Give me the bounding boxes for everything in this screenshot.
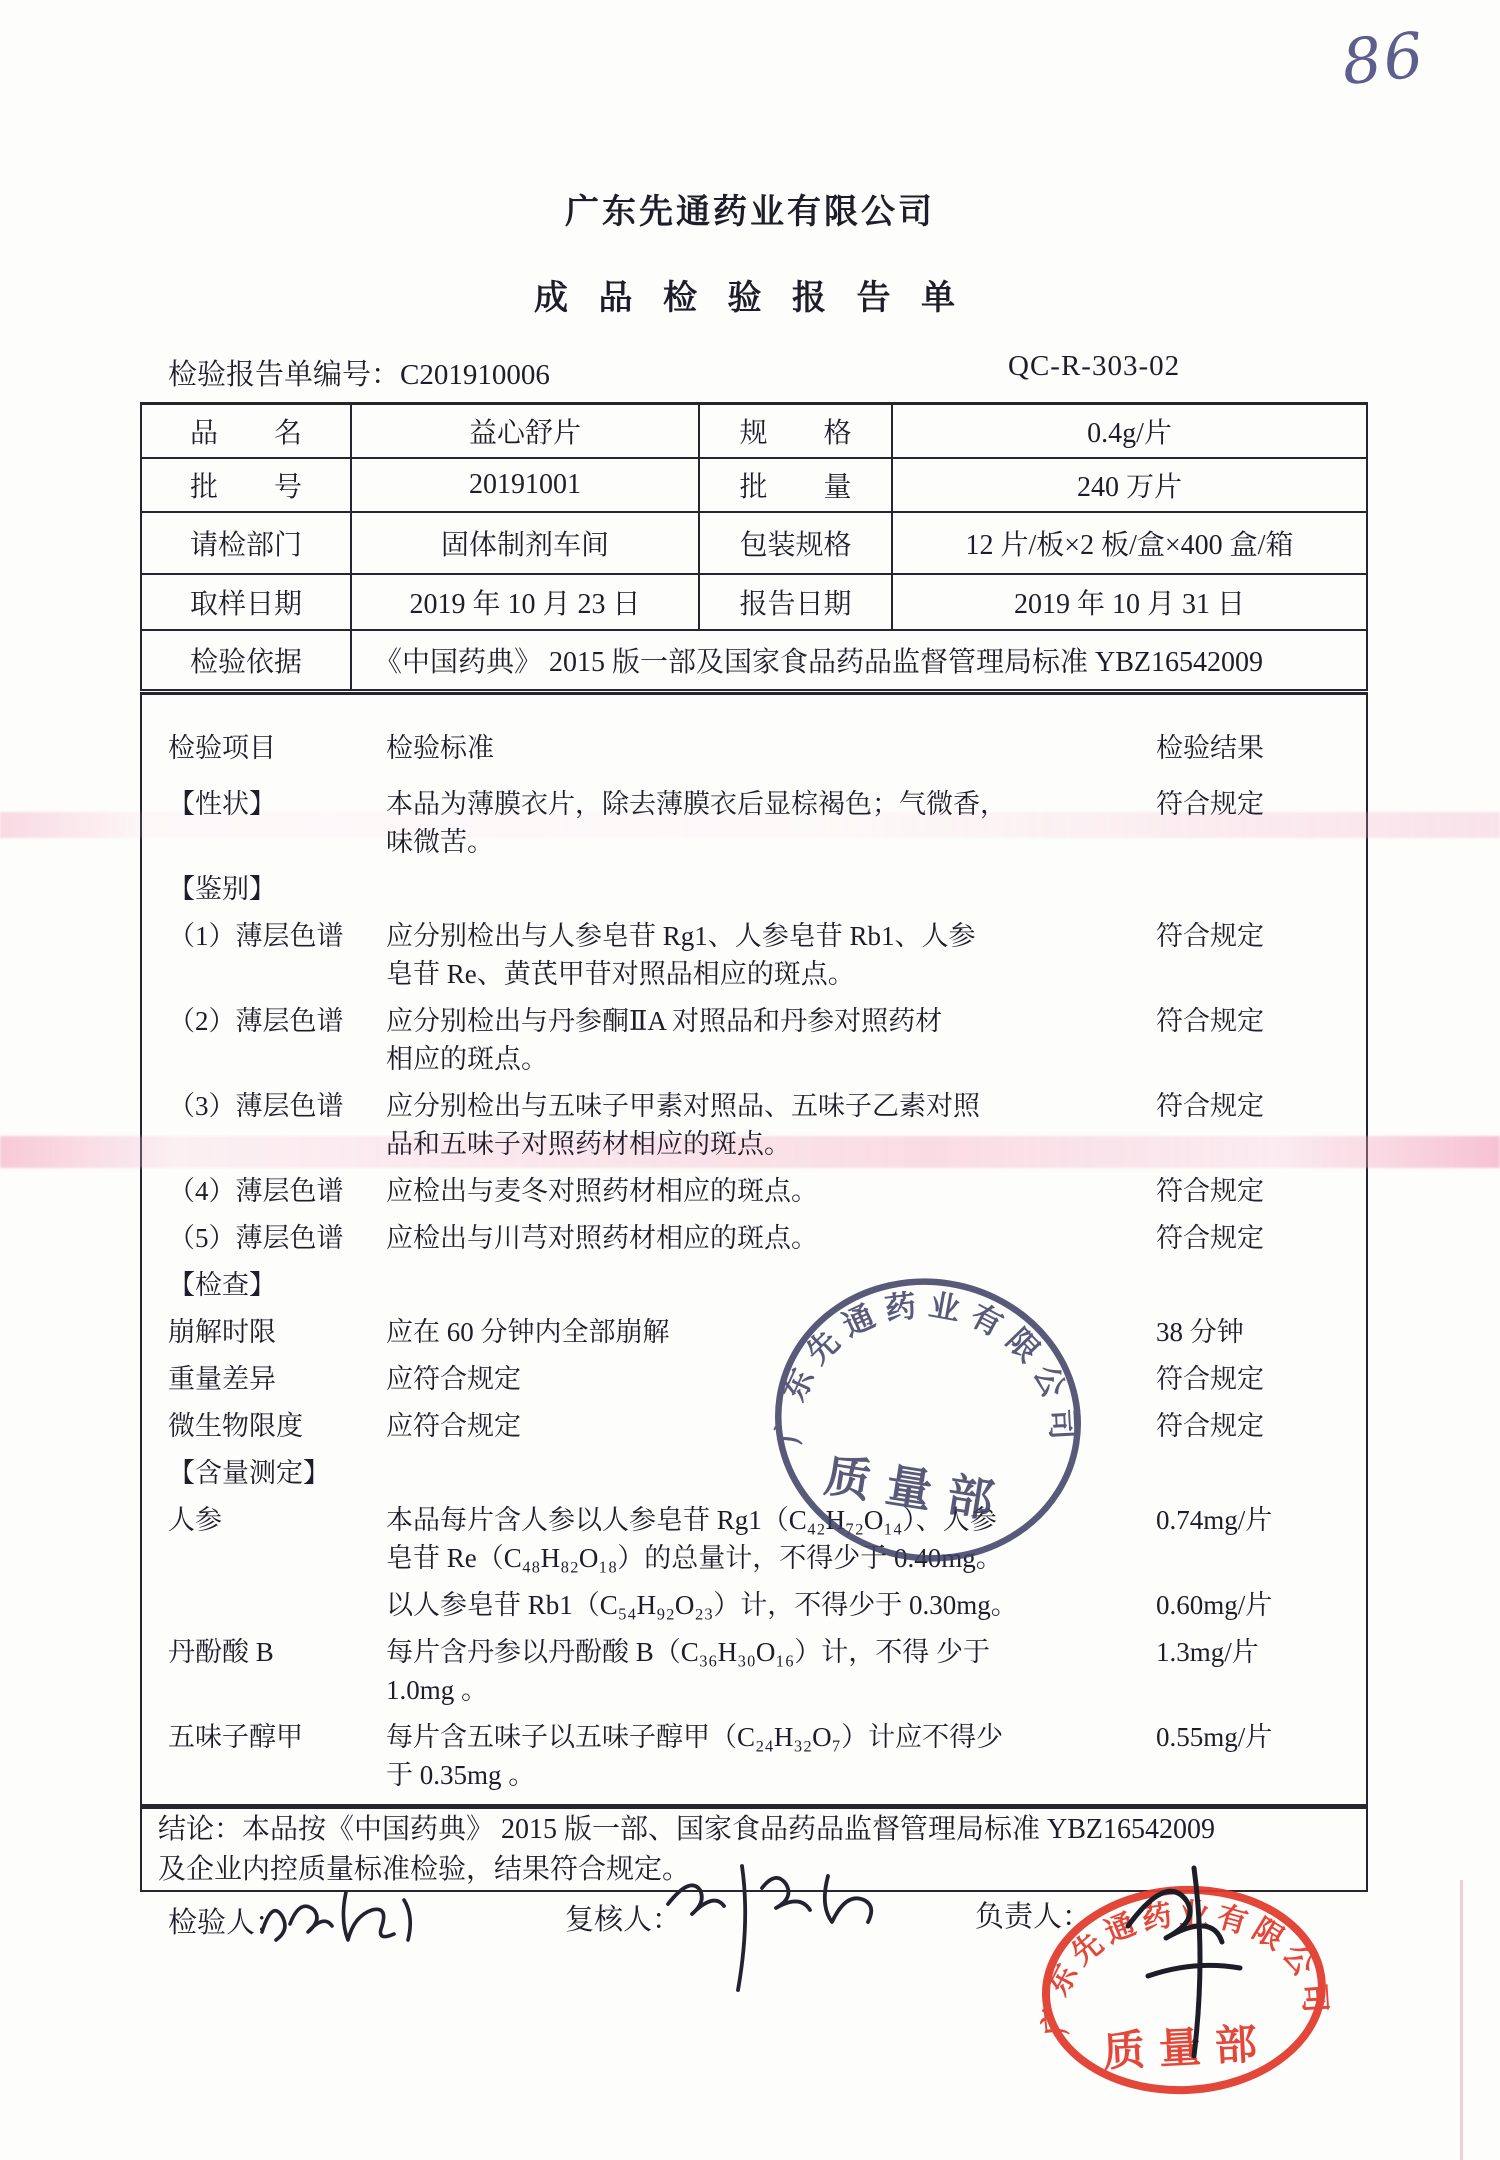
inspection-row: 【鉴别】 bbox=[168, 870, 1350, 908]
inspection-row: （1）薄层色谱 应分别检出与人参皂苷 Rg1、人参皂苷 Rb1、人参 皂苷 Re… bbox=[168, 917, 1350, 993]
report-number-label: 检验报告单编号： bbox=[168, 359, 400, 391]
inspection-result: 1.3mg/片 bbox=[1146, 1633, 1350, 1671]
inspection-row: 以人参皂苷 Rb1（C₅₄H₉₂O₂₃）计，不得少于 0.30mg。 0.60m… bbox=[168, 1586, 1350, 1624]
document-page: 86 广东先通药业有限公司 成 品 检 验 报 告 单 检验报告单编号：C201… bbox=[0, 0, 1500, 2160]
inspection-standard: 本品为薄膜衣片，除去薄膜衣后显棕褐色；气微香， 味微苦。 bbox=[386, 785, 1146, 861]
info-label-cell: 取样日期 bbox=[142, 575, 352, 629]
inspection-item: （2）薄层色谱 bbox=[168, 1002, 386, 1040]
conclusion-text: 结论：本品按《中国药典》 2015 版一部、国家食品药品监督管理局标准 YBZ1… bbox=[158, 1814, 1215, 1885]
inspection-item: 【含量测定】 bbox=[168, 1454, 386, 1492]
inspection-standard: 检验标准 bbox=[386, 729, 1146, 767]
info-label-cell: 规 格 bbox=[700, 405, 893, 457]
info-value-cell: 2019 年 10 月 23 日 bbox=[352, 575, 700, 629]
inspection-item: 微生物限度 bbox=[168, 1407, 386, 1445]
inspection-item: 五味子醇甲 bbox=[168, 1718, 386, 1756]
inspection-result: 符合规定 bbox=[1146, 1407, 1350, 1445]
inspection-result: 符合规定 bbox=[1146, 1002, 1350, 1040]
handwritten-page-number: 86 bbox=[1338, 18, 1428, 99]
inspection-standard: 应检出与川芎对照药材相应的斑点。 bbox=[386, 1219, 1146, 1257]
inspection-item: （1）薄层色谱 bbox=[168, 917, 386, 955]
info-table-row: 检验依据 《中国药典》 2015 版一部及国家食品药品监督管理局标准 YBZ16… bbox=[142, 629, 1366, 689]
inspection-result: 符合规定 bbox=[1146, 1360, 1350, 1398]
inspection-item: 【性状】 bbox=[168, 785, 386, 823]
info-value-cell: 12 片/板×2 板/盒×400 盒/箱 bbox=[893, 513, 1366, 573]
inspection-result: 符合规定 bbox=[1146, 1172, 1350, 1210]
inspection-row: （3）薄层色谱 应分别检出与五味子甲素对照品、五味子乙素对照 品和五味子对照药材… bbox=[168, 1087, 1350, 1163]
report-title: 成 品 检 验 报 告 单 bbox=[0, 270, 1500, 319]
inspection-item: 【检查】 bbox=[168, 1266, 386, 1304]
inspection-result: 符合规定 bbox=[1146, 1219, 1350, 1257]
info-table-row: 取样日期 2019 年 10 月 23 日 报告日期 2019 年 10 月 3… bbox=[142, 573, 1366, 629]
inspection-standard: 每片含丹参以丹酚酸 B（C₃₆H₃₀O₁₆）计，不得 少于 1.0mg 。 bbox=[386, 1633, 1146, 1709]
inspection-item: 丹酚酸 B bbox=[168, 1633, 386, 1671]
inspection-row: 丹酚酸 B 每片含丹参以丹酚酸 B（C₃₆H₃₀O₁₆）计，不得 少于 1.0m… bbox=[168, 1633, 1350, 1709]
info-label-cell: 报告日期 bbox=[700, 575, 893, 629]
info-value-cell: 固体制剂车间 bbox=[352, 513, 700, 573]
inspection-row: （4）薄层色谱 应检出与麦冬对照药材相应的斑点。 符合规定 bbox=[168, 1172, 1350, 1210]
info-value-cell: 益心舒片 bbox=[352, 405, 700, 457]
inspection-result: 符合规定 bbox=[1146, 1087, 1350, 1125]
inspection-item: （4）薄层色谱 bbox=[168, 1172, 386, 1210]
inspection-standard: 每片含五味子以五味子醇甲（C₂₄H₃₂O₇）计应不得少 于 0.35mg 。 bbox=[386, 1718, 1146, 1794]
svg-text:广东先通药业有限公司: 广东先通药业有限公司 bbox=[767, 1265, 1102, 1491]
inspection-standard: 应分别检出与人参皂苷 Rg1、人参皂苷 Rb1、人参 皂苷 Re、黄芪甲苷对照品… bbox=[386, 917, 1146, 993]
inspection-item: （5）薄层色谱 bbox=[168, 1219, 386, 1257]
info-label-cell: 批 量 bbox=[700, 459, 893, 511]
info-label-cell: 检验依据 bbox=[142, 631, 352, 689]
info-label-cell: 品 名 bbox=[142, 405, 352, 457]
inspection-result: 0.60mg/片 bbox=[1146, 1586, 1350, 1624]
inspection-row: （5）薄层色谱 应检出与川芎对照药材相应的斑点。 符合规定 bbox=[168, 1219, 1350, 1257]
inspection-result: 符合规定 bbox=[1146, 785, 1350, 823]
inspection-result: 38 分钟 bbox=[1146, 1313, 1350, 1351]
inspection-standard: 以人参皂苷 Rb1（C₅₄H₉₂O₂₃）计，不得少于 0.30mg。 bbox=[386, 1586, 1146, 1624]
approver-signature bbox=[1090, 1856, 1330, 2076]
inspection-item: 重量差异 bbox=[168, 1360, 386, 1398]
info-table-row: 批 号 20191001 批 量 240 万片 bbox=[142, 457, 1366, 511]
inspection-result: 0.74mg/片 bbox=[1146, 1501, 1350, 1539]
form-code: QC-R-303-02 bbox=[1008, 350, 1180, 383]
inspection-result: 0.55mg/片 bbox=[1146, 1718, 1350, 1756]
scan-artifact-edge-line bbox=[1460, 1880, 1463, 2160]
inspection-standard: 应检出与麦冬对照药材相应的斑点。 bbox=[386, 1172, 1146, 1210]
info-value-cell: 20191001 bbox=[352, 459, 700, 511]
inspection-standard: 应分别检出与丹参酮ⅡA 对照品和丹参对照药材 相应的斑点。 bbox=[386, 1002, 1146, 1078]
info-value-cell: 0.4g/片 bbox=[893, 405, 1366, 457]
info-value-cell: 《中国药典》 2015 版一部及国家食品药品监督管理局标准 YBZ1654200… bbox=[352, 631, 1366, 689]
info-table-row: 请检部门 固体制剂车间 包装规格 12 片/板×2 板/盒×400 盒/箱 bbox=[142, 511, 1366, 573]
company-title: 广东先通药业有限公司 bbox=[0, 184, 1500, 233]
product-info-table: 品 名 益心舒片 规 格 0.4g/片 批 号 20191001 批 量 240… bbox=[140, 402, 1368, 691]
inspection-item: （3）薄层色谱 bbox=[168, 1087, 386, 1125]
inspection-result: 符合规定 bbox=[1146, 917, 1350, 955]
info-value-cell: 2019 年 10 月 31 日 bbox=[893, 575, 1366, 629]
info-label-cell: 包装规格 bbox=[700, 513, 893, 573]
info-label-cell: 请检部门 bbox=[142, 513, 352, 573]
report-number-value: C201910006 bbox=[400, 359, 550, 391]
inspection-result: 检验结果 bbox=[1146, 729, 1350, 767]
quality-dept-stamp-blue: 广东先通药业有限公司 质量部 bbox=[738, 1244, 1117, 1597]
inspection-item: 检验项目 bbox=[168, 729, 386, 767]
inspection-row: 重量差异 应符合规定 符合规定 bbox=[168, 1360, 1350, 1398]
inspection-row: 崩解时限 应在 60 分钟内全部崩解 38 分钟 bbox=[168, 1313, 1350, 1351]
stamp-dept-text: 质量部 bbox=[821, 1450, 1013, 1529]
inspection-standard: 应分别检出与五味子甲素对照品、五味子乙素对照 品和五味子对照药材相应的斑点。 bbox=[386, 1087, 1146, 1163]
report-number-line: 检验报告单编号：C201910006 bbox=[168, 352, 550, 393]
inspection-item: 崩解时限 bbox=[168, 1313, 386, 1351]
inspection-row: 【性状】 本品为薄膜衣片，除去薄膜衣后显棕褐色；气微香， 味微苦。 符合规定 bbox=[168, 785, 1350, 861]
inspection-row: 【检查】 bbox=[168, 1266, 1350, 1304]
info-label-cell: 批 号 bbox=[142, 459, 352, 511]
inspection-item: 【鉴别】 bbox=[168, 870, 386, 908]
inspection-row: 检验项目 检验标准 检验结果 bbox=[168, 729, 1350, 767]
inspection-row: （2）薄层色谱 应分别检出与丹参酮ⅡA 对照品和丹参对照药材 相应的斑点。 符合… bbox=[168, 1002, 1350, 1078]
inspection-row: 五味子醇甲 每片含五味子以五味子醇甲（C₂₄H₃₂O₇）计应不得少 于 0.35… bbox=[168, 1718, 1350, 1794]
info-value-cell: 240 万片 bbox=[893, 459, 1366, 511]
inspection-item: 人参 bbox=[168, 1501, 386, 1539]
inspection-results-box: 检验项目 检验标准 检验结果 【性状】 本品为薄膜衣片，除去薄膜衣后显棕褐色；气… bbox=[140, 692, 1368, 1806]
info-table-row: 品 名 益心舒片 规 格 0.4g/片 bbox=[142, 405, 1366, 457]
stamp-company-text: 广东先通药业有限公司 bbox=[767, 1265, 1102, 1491]
